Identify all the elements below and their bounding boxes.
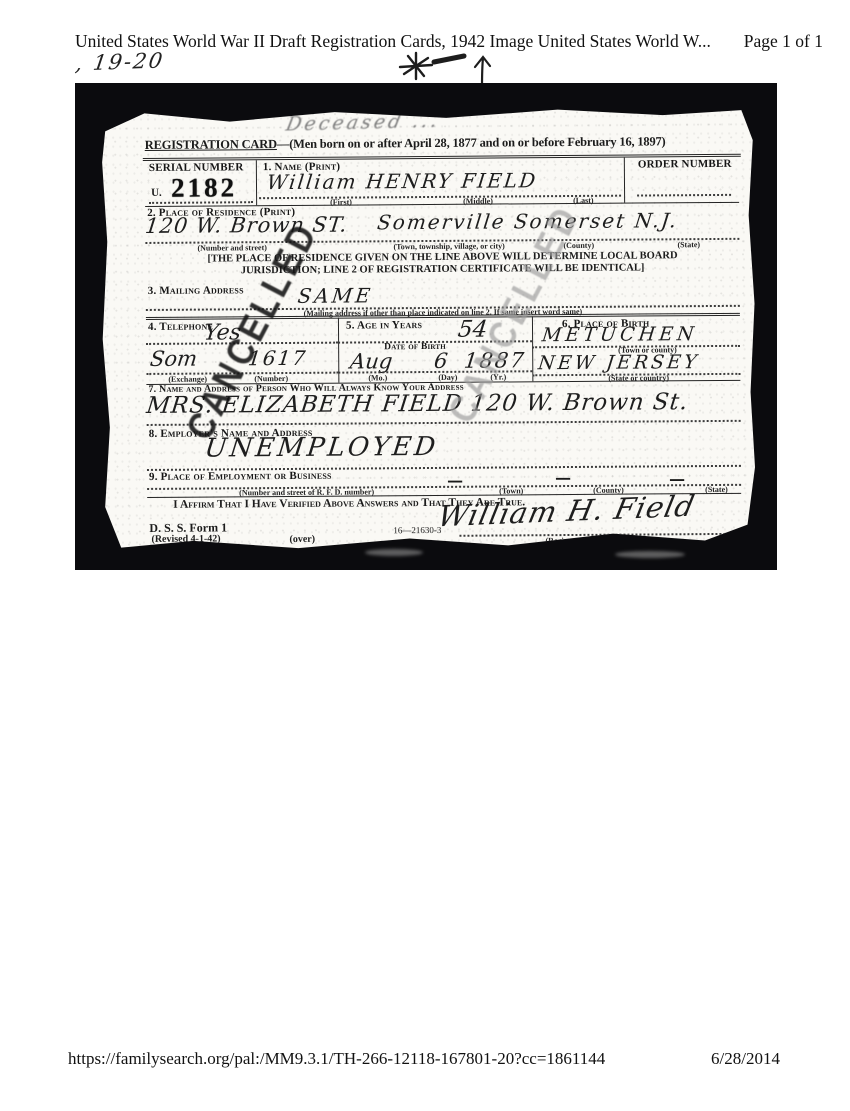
section-employer: 8. Employer's Name and Address UNEMPLOYE…	[147, 422, 741, 471]
dob-day-value: 6	[433, 349, 449, 373]
print-date: 6/28/2014	[711, 1049, 780, 1069]
dob-sub-month: (Mo.)	[368, 373, 387, 382]
card-title-main: REGISTRATION CARD	[145, 137, 277, 152]
order-number-line	[637, 194, 731, 197]
page-header: United States World War II Draft Registr…	[75, 31, 823, 52]
registrant-signature: William H. Field	[435, 489, 699, 534]
write-line	[149, 201, 253, 204]
birth-town-value: METUCHEN	[541, 323, 699, 346]
registration-card: Deceased ... REGISTRATION CARD—(Men born…	[98, 105, 757, 552]
row-serial-name-order: SERIAL NUMBER U. 2182 1. Name (Print) Wi…	[145, 157, 739, 206]
section-mailing: 3. Mailing Address SAME (Mailing address…	[146, 278, 740, 319]
name-value: William HENRY FIELD	[266, 168, 539, 194]
handwritten-annotation: , 19-20	[74, 48, 166, 75]
card-title: REGISTRATION CARD—(Men born on or after …	[145, 134, 666, 153]
mailing-label: 3. Mailing Address	[148, 284, 244, 297]
serial-prefix: U.	[151, 187, 162, 199]
form-print-code: 16—21630-3	[393, 525, 441, 535]
document-title: United States World War II Draft Registr…	[75, 31, 711, 52]
birth-state-value: NEW JERSEY	[537, 351, 701, 374]
signature-sub: (Registrant's signature)	[545, 536, 626, 546]
page-indicator: Page 1 of 1	[744, 31, 823, 52]
section-residence: 2. Place of Residence (Print) 120 W. Bro…	[145, 202, 740, 282]
column-divider	[624, 158, 625, 203]
employer-value: UNEMPLOYED	[203, 432, 440, 464]
telephone-sub-number: (Number)	[254, 374, 288, 383]
residence-sub-street: (Number and street)	[197, 243, 267, 252]
mailing-value: SAME	[296, 283, 374, 308]
column-divider	[256, 160, 257, 205]
scan-backdrop: Deceased ... REGISTRATION CARD—(Men born…	[75, 83, 777, 570]
deceased-note: Deceased ...	[284, 110, 442, 136]
write-line	[147, 484, 741, 490]
section-affirmation: I Affirm That I Have Verified Above Answ…	[147, 493, 741, 551]
order-number-label: ORDER NUMBER	[638, 158, 732, 171]
form-over: (over)	[289, 534, 315, 545]
source-url: https://familysearch.org/pal:/MM9.3.1/TH…	[68, 1049, 605, 1069]
residence-sub-town: (Town, township, village, or city)	[393, 241, 504, 251]
form-revised: (Revised 4-1-42)	[151, 533, 220, 544]
serial-number-value: 2182	[171, 172, 237, 203]
write-line	[259, 195, 621, 200]
residence-sub-state: (State)	[677, 240, 700, 249]
scan-smudge	[615, 551, 685, 558]
residence-town-value: Somerville Somerset N.J.	[376, 208, 680, 234]
dob-month-value: Aug	[349, 349, 394, 373]
card-title-rest: —(Men born on or after April 28, 1877 an…	[277, 134, 666, 151]
scan-smudge	[365, 549, 423, 556]
age-label: 5. Age in Years	[346, 319, 422, 332]
employment-label: 9. Place of Employment or Business	[149, 470, 332, 483]
telephone-exchange-value: Som	[149, 347, 199, 371]
page-footer: https://familysearch.org/pal:/MM9.3.1/TH…	[68, 1049, 780, 1069]
